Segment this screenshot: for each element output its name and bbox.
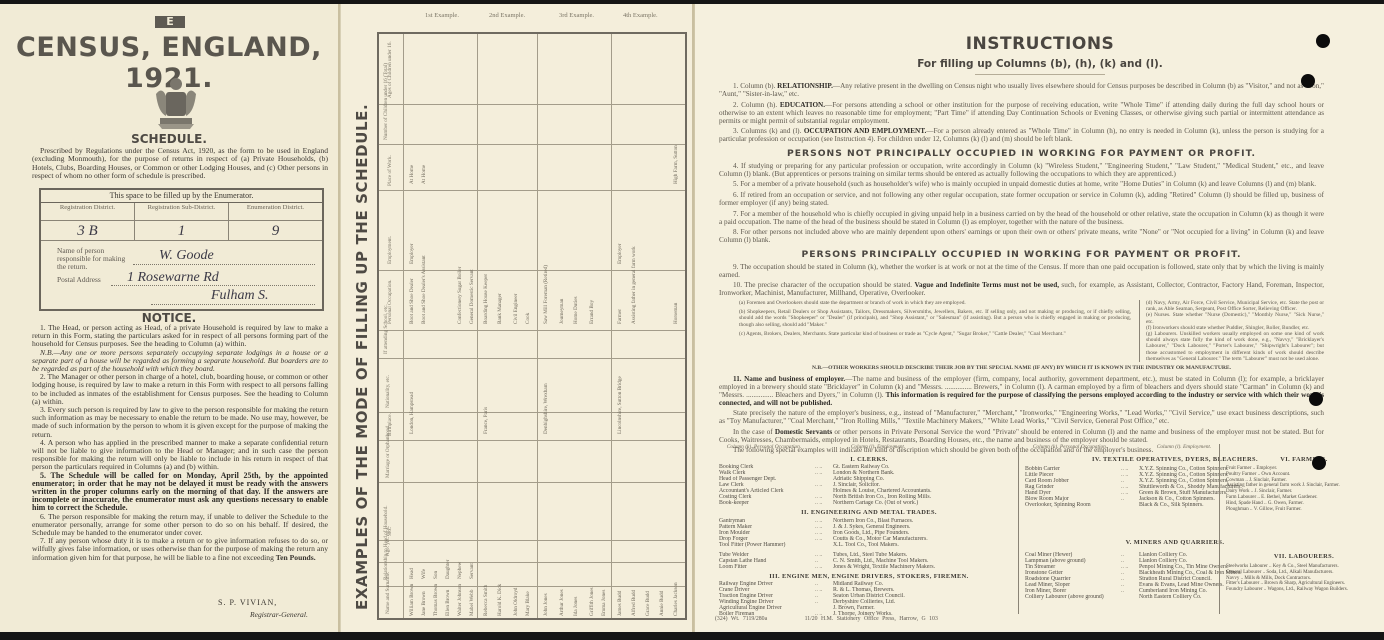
col-employment: Employment. — [387, 236, 393, 264]
title-rule — [975, 74, 1105, 75]
ex1-emp-1: Employer — [409, 244, 415, 264]
labourers-rows: Steelworks Labourer .. Key & Co., Steel … — [1226, 564, 1384, 593]
example-headings: 1st Example. 2nd Example. 3rd Example. 4… — [341, 12, 692, 24]
ex3-name-3: Ida Jones — [573, 597, 579, 616]
ex2-birth-1: France, Paris — [483, 407, 489, 434]
notice-paragraph-5: 5. The Schedule will be called for on Mo… — [32, 472, 328, 513]
instruction-7: 7. For a member of the household who is … — [719, 210, 1324, 226]
ex1-occ-2: Boot and Shoe Dealer's Assistant — [421, 255, 427, 324]
ex1-rel-3: Son — [433, 571, 439, 579]
subitem-c: (c) Agents, Brokers, Dealers, Merchants.… — [739, 331, 1131, 337]
examples-panel: 1st Example. 2nd Example. 3rd Example. 4… — [340, 4, 692, 632]
ex3-birth-1: Denbighshire, Wrexham — [543, 383, 549, 434]
ex3-occ-4: Errand Boy — [589, 300, 595, 324]
instruction-10-subitems: (a) Foremen and Overlookers should state… — [739, 300, 1324, 362]
instruction-3: 3. Columns (k) and (l). OCCUPATION AND E… — [719, 127, 1324, 143]
ex4-emp-1: Employer — [617, 244, 623, 264]
schedule-intro: Prescribed by Regulations under the Cens… — [32, 147, 328, 180]
group-engine-men: III. ENGINE MEN, ENGINE DRIVERS, STOKERS… — [719, 574, 1019, 581]
colhead-occupation: Column (k). Personal Occupation. — [719, 444, 809, 451]
ex1-work-2: At Home — [421, 165, 427, 184]
ex1-name-6: Mabel Webb — [469, 590, 475, 616]
registrar-title: Registrar-General. — [250, 610, 308, 619]
col-personal-occupation: Personal Occupation. — [387, 280, 393, 324]
ex2-name-1: Rebecca Smith — [483, 585, 489, 616]
notice-nb: N.B.—Any one or more persons separately … — [32, 349, 328, 374]
instruction-11: 11. Name and business of employer.—The n… — [719, 375, 1324, 407]
col-birthplace: Birthplace. — [387, 413, 393, 436]
group-labourers: VII. LABOURERS. — [1224, 554, 1384, 561]
printer-imprint: 11/20 H.M. Stationery Office Press, Harr… — [805, 616, 938, 622]
enumerator-box-heading: This space to be filled up by the Enumer… — [41, 190, 322, 203]
instruction-11-domestic: In the case of Domestic Servants or othe… — [719, 428, 1324, 444]
col-place-of-work: Place of Work. — [387, 155, 393, 186]
colhead-occupation-right: Column (k). Personal Occupation. — [1025, 444, 1115, 451]
section-not-occupied-heading: PERSONS NOT PRINCIPALLY OCCUPIED IN WORK… — [719, 148, 1324, 159]
registration-district-value: 3 B — [41, 221, 135, 240]
colhead-employment-right: Column (l). Employment. — [1139, 444, 1229, 451]
ex1-name-4: Ellen Brown — [445, 590, 451, 616]
punch-hole — [1312, 456, 1326, 470]
ex1-name-3: Thomas Brown — [433, 584, 439, 616]
ex4-occ-1: Farmer — [617, 309, 623, 324]
notice-paragraph-6: 6. The person responsible for making the… — [32, 513, 328, 538]
ex3-name-1: John Jones — [543, 593, 549, 616]
scan-border-bottom — [0, 632, 1384, 640]
registration-district-label: Registration District. — [41, 203, 135, 220]
ex3-name-5: Emma Jones — [601, 590, 607, 616]
instruction-4: 4. If studying or preparing for any part… — [719, 162, 1324, 178]
examples-table: Name and Surname. Relationship to Head o… — [377, 32, 687, 620]
ex2-occ-3: Civil Engineer — [513, 294, 519, 324]
ex4-name-5: Charles Jackson — [673, 582, 679, 616]
enumerator-columns: Registration District. Registration Sub-… — [41, 203, 322, 221]
ex1-occ-5: Confectionery Sugar Boiler — [457, 267, 463, 324]
ex1-birth-1: London, Hampstead — [409, 392, 415, 434]
example-heading-3: 3rd Example. — [559, 12, 594, 19]
ex1-rel-5: Nephew — [457, 562, 463, 579]
group-engineering: II. ENGINEERING AND METAL TRADES. — [719, 510, 1019, 517]
postal-address-value-1: 1 Rosewarne Rd — [127, 270, 219, 286]
instruction-5: 5. For a member of a private household (… — [719, 180, 1324, 188]
examples-title: EXAMPLES OF THE MODE OF FILLING UP THE S… — [353, 104, 371, 610]
group-farming: VI. FARMING. — [1224, 457, 1384, 464]
enumerator-box: This space to be filled up by the Enumer… — [39, 188, 324, 311]
ex4-birth-1: Lincolnshire, Sutton Bridge — [617, 376, 623, 434]
registration-sub-district-label: Registration Sub-District. — [135, 203, 229, 220]
subitem-e: (e) Nurses. State whether "Nurse (Domest… — [1146, 312, 1324, 324]
ex1-rel-6: Servant — [469, 563, 475, 579]
ex1-occ-1: Boot and Shoe Dealer — [409, 278, 415, 324]
postal-address-line2 — [151, 304, 315, 305]
cover-panel: E CENSUS, ENGLAND, 1921. SCHEDULE. Presc… — [0, 4, 338, 632]
ex1-occ-6: General Domestic Servant — [469, 269, 475, 324]
ex1-rel-1: Head — [409, 568, 415, 579]
punch-hole — [1316, 34, 1330, 48]
ex3-occ-1: Saw Mill Foreman (Retired) — [543, 265, 549, 324]
notice-paragraph-4: 4. A person who has applied in the presc… — [32, 439, 328, 472]
example-heading-1: 1st Example. — [425, 12, 459, 19]
notice-paragraph-2: 2. The Manager or other person in charge… — [32, 373, 328, 406]
instruction-11-employer-business: State precisely the nature of the employ… — [719, 409, 1324, 425]
ex2-occ-1: Boarding House Keeper — [483, 274, 489, 324]
ex4-name-1: James Budd — [617, 591, 623, 616]
ex1-rel-4: Daughter — [445, 560, 451, 579]
ex4-name-3: Grace Budd — [645, 591, 651, 616]
enumerator-values: 3 B 1 9 — [41, 221, 322, 241]
example-heading-4: 4th Example. — [623, 12, 658, 19]
ex1-rel-2: Wife — [421, 569, 427, 579]
postal-address-label: Postal Address — [57, 276, 101, 284]
ex1-name-5: Walter Johnson — [457, 584, 463, 616]
colhead-employment: Column (l). Employment. — [833, 444, 923, 451]
ex1-name-1: William Brown — [409, 584, 415, 616]
notice-paragraph-3: 3. Every such person is required by law … — [32, 406, 328, 439]
ex3-occ-2: Journeyman — [559, 299, 565, 324]
ex2-name-3: John Oldroyd — [513, 588, 519, 616]
instruction-8: 8. For other persons not included above … — [719, 228, 1324, 244]
subitem-a: (a) Foremen and Overlookers should state… — [739, 300, 1131, 306]
punch-hole — [1301, 74, 1315, 88]
responsible-person-label: Name of person responsible for making th… — [57, 247, 129, 271]
nb-other-workers: N.B.—OTHER WORKERS SHOULD DESCRIBE THEIR… — [719, 364, 1324, 372]
instructions-body: 1. Column (b). RELATIONSHIP.—Any relativ… — [719, 82, 1324, 457]
col-sex: Sex. — [387, 527, 393, 536]
ex3-occ-3: Home Duties — [573, 296, 579, 324]
subitem-d: (d) Navy, Army, Air Force, Civil Service… — [1146, 300, 1324, 312]
postal-address-value-2: Fulham S. — [211, 288, 269, 304]
schedule-heading: SCHEDULE. — [0, 132, 338, 146]
col-nationality: Nationality, etc. — [385, 375, 391, 408]
ex1-work-1: At Home — [409, 165, 415, 184]
ex4-name-2: Alfred Budd — [631, 590, 637, 616]
instructions-panel: INSTRUCTIONS For filling up Columns (b),… — [694, 4, 1384, 632]
responsible-person-line — [133, 264, 315, 265]
ex4-work-5: High Farm, Sutton — [673, 145, 679, 184]
ex1-name-2: Jane Brown — [421, 591, 427, 616]
enumeration-district-value: 9 — [229, 221, 322, 240]
instruction-10: 10. The precise character of the occupat… — [719, 281, 1324, 297]
occupation-examples: Column (k). Personal Occupation. Column … — [719, 444, 1324, 622]
print-footer: (324) Wt. 7119/280a 11/20 H.M. Stationer… — [715, 616, 972, 622]
instruction-6: 6. If retired from an occupation or serv… — [719, 191, 1324, 207]
ex2-name-2: Harold K. Dick — [497, 584, 503, 616]
farming-rows: Fruit Farmer .. Employer. Poultry Farmer… — [1226, 466, 1384, 512]
instructions-title: INSTRUCTIONS — [695, 34, 1384, 54]
examples-far-right-column: VI. FARMING. Fruit Farmer .. Employer. P… — [1219, 444, 1384, 614]
responsible-person-value: W. Goode — [159, 248, 214, 264]
subitem-b: (b) Shopkeepers, Retail Dealers or Shop … — [739, 309, 1131, 328]
examples-left-column: Column (k). Personal Occupation. Column … — [719, 444, 1019, 614]
form-letter: E — [155, 16, 185, 28]
example-heading-2: 2nd Example. — [489, 12, 525, 19]
ex4-occ-2: Assisting father in general farm work — [631, 246, 637, 324]
ex4-name-4: Annie Budd — [659, 591, 665, 616]
instruction-9: 9. The occupation should be stated in Co… — [719, 263, 1324, 279]
notice-body: 1. The Head, or person acting as Head, o… — [32, 324, 328, 562]
ex2-occ-4: Cook — [525, 313, 531, 324]
ex3-name-4: Griffith Jones — [589, 587, 595, 616]
registrar-signature: S. P. VIVIAN, — [218, 598, 277, 607]
group-clerks: I. CLERKS. — [719, 457, 1019, 464]
print-code: (324) Wt. 7119/280a — [715, 616, 767, 622]
fine-amount: Ten Pounds. — [276, 553, 316, 562]
ex2-occ-2: Bank Manager — [497, 293, 503, 324]
subitem-g: (g) Labourers. Unskilled workers usually… — [1146, 331, 1324, 362]
instruction-1: 1. Column (b). RELATIONSHIP.—Any relativ… — [719, 82, 1324, 98]
registration-sub-district-value: 1 — [135, 221, 229, 240]
enumeration-district-label: Enumeration District. — [229, 203, 322, 220]
punch-hole — [1309, 392, 1323, 406]
royal-coat-of-arms-icon — [152, 76, 200, 130]
notice-paragraph-1: 1. The Head, or person acting as Head, o… — [32, 324, 328, 349]
notice-paragraph-7: 7. If any person whose duty it is to mak… — [32, 537, 328, 562]
instruction-2: 2. Column (h). EDUCATION.—For persons at… — [719, 101, 1324, 125]
ex3-name-2: Arthur Jones — [559, 589, 565, 616]
section-occupied-heading: PERSONS PRINCIPALLY OCCUPIED IN WORKING … — [719, 249, 1324, 260]
instructions-subtitle: For filling up Columns (b), (h), (k) and… — [695, 58, 1384, 70]
ex4-occ-5: Horseman — [673, 303, 679, 324]
ex2-name-4: Mary Blake — [525, 591, 531, 616]
col-children-ages: Ages of Children under 16. — [387, 41, 393, 98]
